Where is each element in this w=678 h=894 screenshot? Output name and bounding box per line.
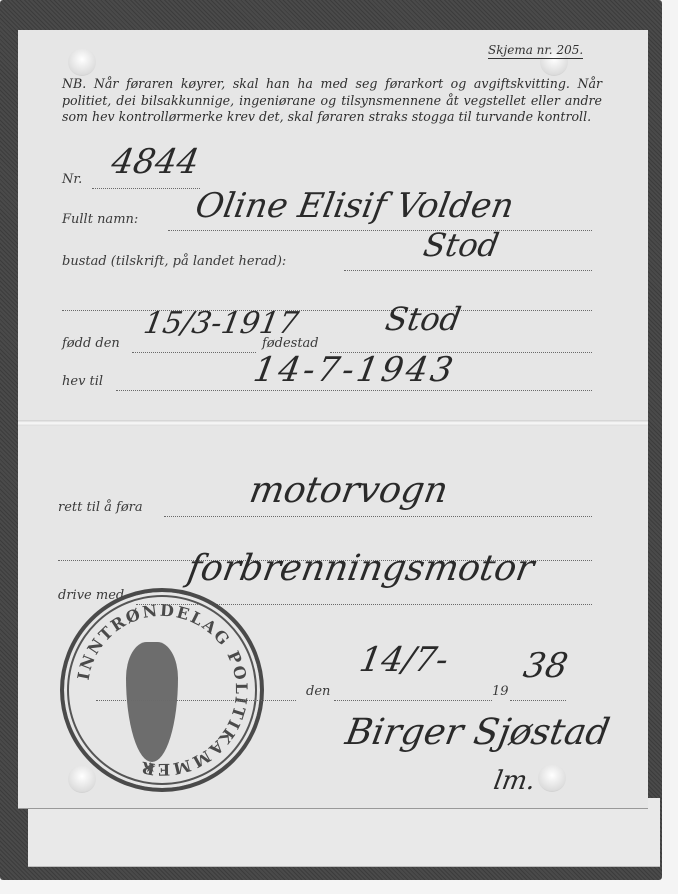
residence-label: bustad (tilskrift, på landet herad): xyxy=(62,254,286,269)
drive-with-value: forbrenningsmotor xyxy=(184,548,537,589)
birthplace-value: Stod xyxy=(383,300,464,338)
born-label: fødd den xyxy=(62,336,120,351)
underlying-sheet xyxy=(28,798,660,867)
date-value: 14/7- xyxy=(356,640,451,680)
full-name-value: Oline Elisif Volden xyxy=(192,186,516,226)
valid-until-value: 14-7-1943 xyxy=(250,350,458,390)
signature-suffix: lm. xyxy=(491,766,538,796)
year-value: 38 xyxy=(520,646,570,686)
residence-line xyxy=(344,270,592,271)
residence-line-2 xyxy=(62,310,592,311)
nr-line xyxy=(92,188,200,189)
date-line xyxy=(334,700,492,701)
right-to-drive-line xyxy=(164,516,592,517)
born-line xyxy=(132,352,256,353)
right-to-drive-label: rett til å føra xyxy=(58,500,143,515)
nr-value: 4844 xyxy=(108,142,202,182)
valid-until-line xyxy=(116,390,592,391)
full-name-line xyxy=(168,230,592,231)
punch-hole-icon xyxy=(68,48,96,76)
stamp-line xyxy=(96,700,296,701)
punch-hole-icon xyxy=(538,764,566,792)
residence-value: Stod xyxy=(421,226,502,264)
paper-fold xyxy=(18,420,648,426)
signature: Birger Sjøstad xyxy=(342,712,612,753)
birthplace-label: fødestad xyxy=(262,336,319,351)
nr-label: Nr. xyxy=(62,172,82,187)
notice-text: NB. Når føraren køyrer, skal han ha med … xyxy=(62,76,602,126)
valid-until-label: hev til xyxy=(62,374,103,389)
star-icon: ★ xyxy=(144,760,157,776)
form-number: Skjema nr. 205. xyxy=(488,43,583,59)
right-to-drive-value: motorvogn xyxy=(246,470,451,511)
year-line xyxy=(510,700,566,701)
date-label: den xyxy=(306,684,330,699)
full-name-label: Fullt namn: xyxy=(62,212,138,227)
year-prefix: 19 xyxy=(492,684,509,699)
police-stamp: INNTRØNDELAG POLITIKAMMER ★ xyxy=(60,588,264,792)
